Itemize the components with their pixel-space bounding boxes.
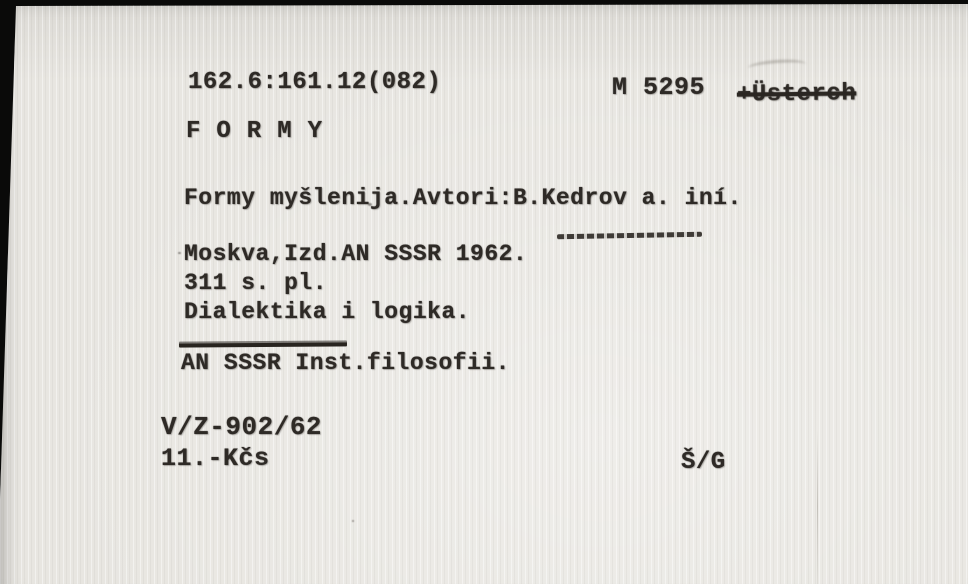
collation-line: 311 s. pl.	[184, 271, 327, 296]
paper-speck	[178, 252, 181, 254]
shelf-number: V/Z-902/62	[161, 413, 322, 442]
heading-formy: FORMY	[186, 119, 338, 145]
pencil-smudge-mark	[748, 58, 807, 74]
title-statement: Formy myšlenija.Avtori:B.Kedrov a. iní.	[184, 186, 742, 211]
crossed-out-note-text: +Üsterch	[737, 80, 856, 108]
scanned-catalog-card-page: { "colors": { "paper": "#e8e6e1", "ink":…	[0, 0, 968, 584]
crossed-out-note: +Üsterch	[737, 81, 856, 109]
series-note-line: Dialektika i logika.	[184, 300, 470, 325]
corporate-author-line: AN SSSR Inst.filosofii.	[181, 351, 510, 376]
paper-speck	[352, 520, 354, 522]
accession-number: M 5295	[612, 74, 705, 102]
catalog-card: 162.6:161.12(082) M 5295 +Üsterch FORMY …	[0, 0, 968, 584]
price-note: 11.-Kčs	[161, 445, 270, 473]
paper-crease	[817, 430, 818, 584]
separator-rule	[179, 340, 347, 347]
paper-speck	[368, 203, 372, 206]
imprint-line: Moskva,Izd.AN SSSR 1962.	[184, 242, 527, 267]
cataloguer-initials: Š/G	[681, 450, 726, 476]
classification-number: 162.6:161.12(082)	[188, 70, 441, 96]
author-wavy-underline	[557, 232, 702, 240]
